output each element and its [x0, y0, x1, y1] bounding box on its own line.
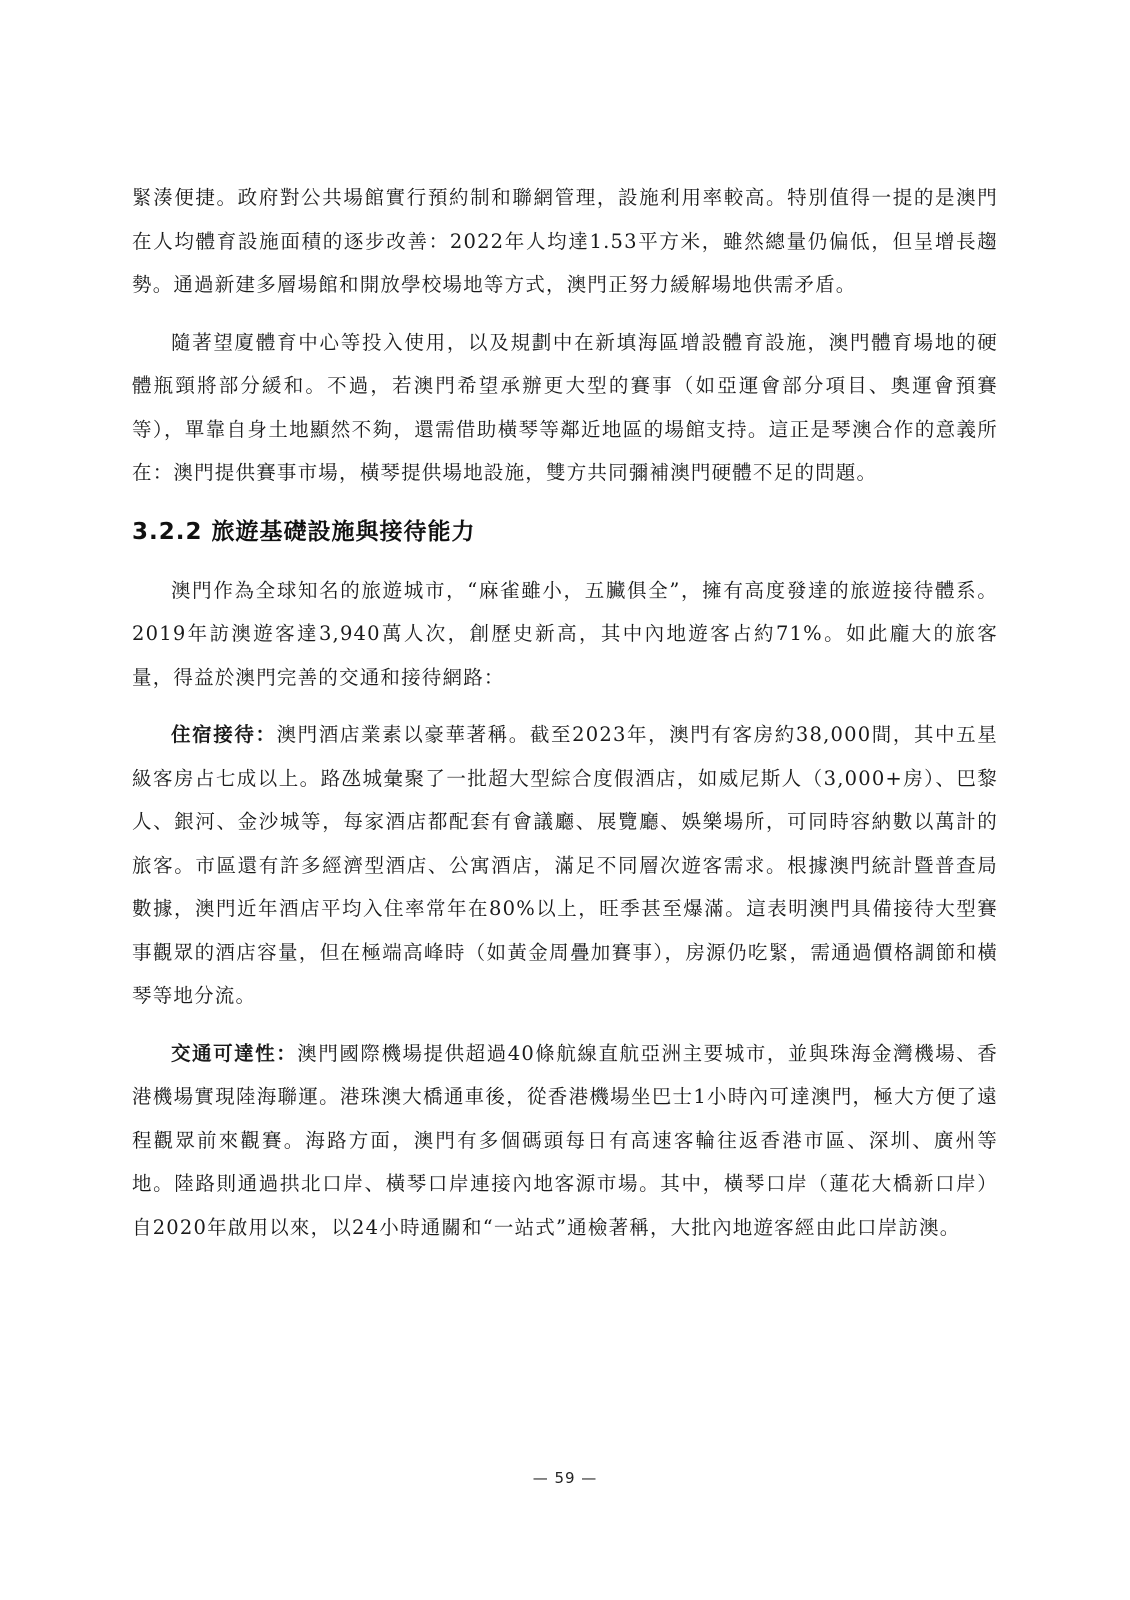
paragraph-body-transport: 澳門國際機場提供超過40條航線直航亞洲主要城市，並與珠海金灣機場、香港機場實現陸… — [132, 1042, 998, 1239]
paragraph-tourism-intro: 澳門作為全球知名的旅遊城市，“麻雀雖小，五臟俱全”，擁有高度發達的旅遊接待體系。… — [132, 569, 998, 700]
section-heading: 3.2.2 旅遊基礎設施與接待能力 — [132, 495, 998, 569]
paragraph-gap — [132, 1018, 998, 1032]
paragraph-gap — [132, 307, 998, 321]
paragraph-lead-accommodation: 住宿接待： — [171, 723, 277, 746]
document-page: 緊湊便捷。政府對公共場館實行預約制和聯網管理，設施利用率較高。特別值得一提的是澳… — [132, 176, 998, 1249]
paragraph-gap — [132, 699, 998, 713]
paragraph-transport: 交通可達性：澳門國際機場提供超過40條航線直航亞洲主要城市，並與珠海金灣機場、香… — [132, 1032, 998, 1250]
page-number: — 59 — — [0, 1469, 1130, 1487]
paragraph-continued: 緊湊便捷。政府對公共場館實行預約制和聯網管理，設施利用率較高。特別值得一提的是澳… — [132, 176, 998, 307]
paragraph-accommodation: 住宿接待：澳門酒店業素以豪華著稱。截至2023年，澳門有客房約38,000間，其… — [132, 713, 998, 1018]
paragraph-lead-transport: 交通可達性： — [171, 1042, 297, 1065]
paragraph-venue-outlook: 隨著望廈體育中心等投入使用，以及規劃中在新填海區增設體育設施，澳門體育場地的硬體… — [132, 321, 998, 495]
paragraph-body-accommodation: 澳門酒店業素以豪華著稱。截至2023年，澳門有客房約38,000間，其中五星級客… — [132, 723, 998, 1007]
